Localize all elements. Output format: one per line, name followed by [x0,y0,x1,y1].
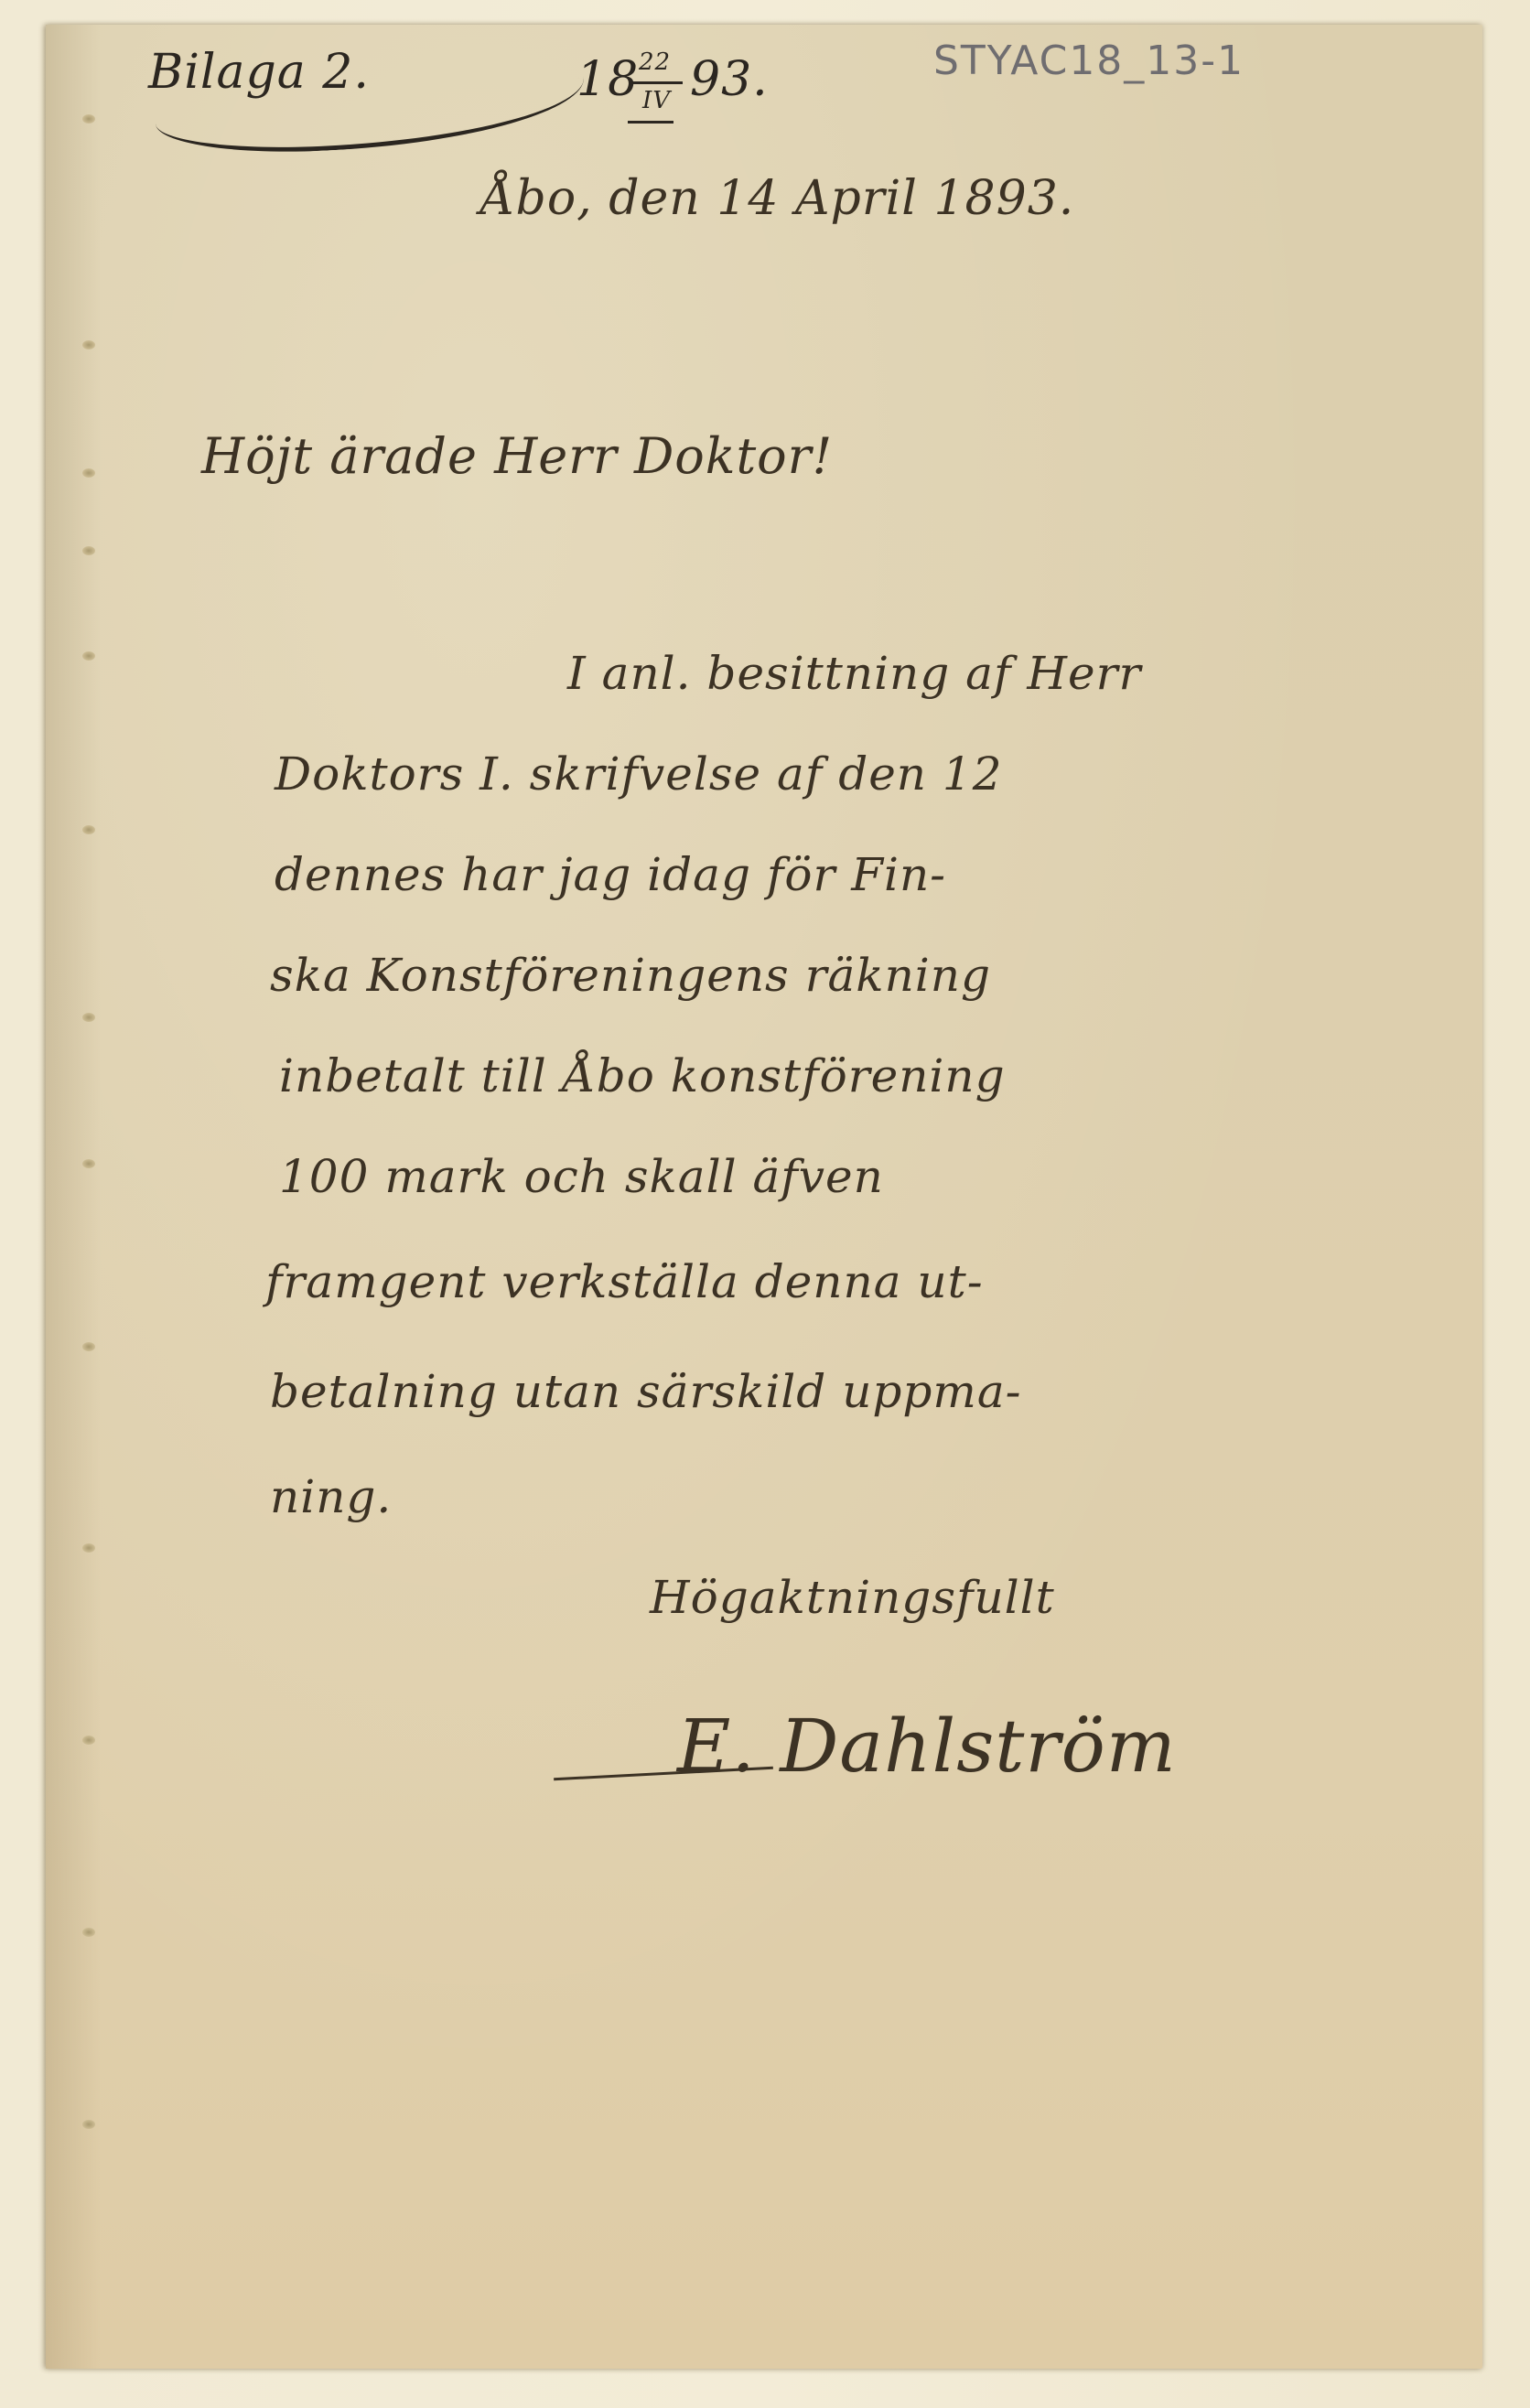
body-line: ning. [270,1470,392,1523]
punch-hole [82,651,95,661]
body-line: Doktors I. skrifvelse af den 12 [275,747,1003,801]
body-line: ska Konstföreningens räkning [270,949,991,1002]
salutation: Höjt ärade Herr Doktor! [201,427,833,485]
body-line: betalning utan särskild uppma- [270,1365,1022,1418]
body-line: framgent verkställa denna ut- [265,1255,984,1308]
punch-hole [82,340,95,349]
reference-year-suffix: 93. [690,52,769,107]
punch-hole [82,114,95,124]
body-line: 100 mark och skall äfven [279,1150,884,1203]
reference-day: 22 [639,48,671,76]
signature: E. Dahlström [677,1704,1177,1789]
punch-hole [82,2120,95,2129]
reference-month: IV [642,87,671,114]
month-underline [628,121,673,124]
fraction-bar [631,81,683,84]
closing: Högaktningsfullt [650,1571,1055,1624]
punch-hole [82,1543,95,1553]
place-date: Åbo, den 14 April 1893. [480,171,1074,226]
archive-code: STYAC18_13-1 [933,38,1244,84]
punch-hole [82,468,95,478]
punch-hole [82,1342,95,1351]
body-line: dennes har jag idag för Fin- [275,848,946,901]
punch-hole [82,1928,95,1937]
punch-hole [82,546,95,555]
punch-hole [82,1013,95,1022]
body-line: I anl. besittning af Herr [567,647,1141,700]
letter-sheet: Bilaga 2. 18 22 IV 93. STYAC18_13-1 Åbo,… [46,25,1482,2369]
punch-hole [82,1159,95,1168]
punch-hole [82,1736,95,1745]
annex-label: Bilaga 2. [148,45,370,100]
body-line: inbetalt till Åbo konstförening [279,1049,1006,1102]
reference-year-prefix: 18 [576,52,639,107]
punch-hole [82,825,95,834]
